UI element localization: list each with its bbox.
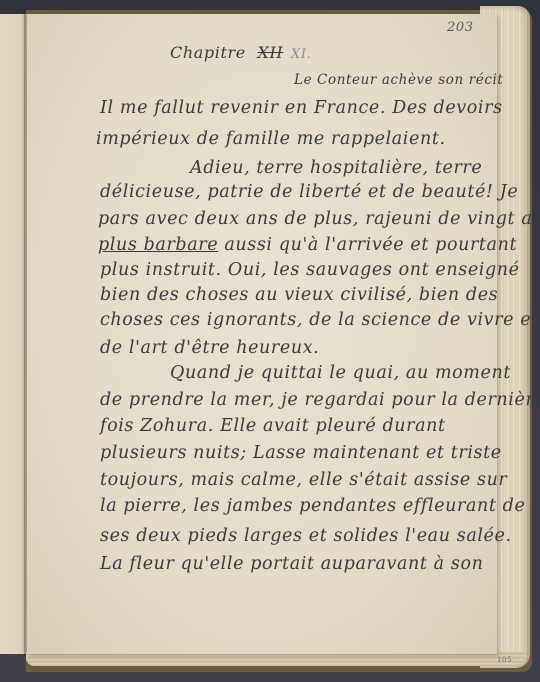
underlined-phrase: plus barbare [98,235,218,255]
manuscript-line: impérieux de famille me rappelaient. [96,129,446,149]
manuscript-line: de prendre la mer, je regardai pour la d… [100,390,540,410]
page-number: 203 [447,20,474,35]
manuscript-line: de l'art d'être heureux. [100,338,319,358]
manuscript-line: choses ces ignorants, de la science de v… [100,310,539,330]
chapter-heading: Chapitre XII XI. [170,43,311,62]
chapter-numeral-correction: XI. [291,47,311,62]
manuscript-line: Adieu, terre hospitalière, terre [190,158,482,178]
manuscript-line: pars avec deux ans de plus, rajeuni de v… [98,209,540,229]
manuscript-line: Quand je quittai le quai, au moment [170,363,511,383]
manuscript-scene: 203 Chapitre XII XI. Le Conteur achève s… [0,0,540,682]
chapter-label: Chapitre [170,43,246,62]
manuscript-line: fois Zohura. Elle avait pleuré durant [100,416,446,436]
manuscript-line: La fleur qu'elle portait auparavant à so… [100,554,483,574]
manuscript-line: délicieuse, patrie de liberté et de beau… [100,182,518,202]
folio-stamp: 105 [497,656,512,664]
page-stack-bottom [26,652,526,666]
left-page-edge [0,14,26,654]
manuscript-line: la pierre, les jambes pendantes effleura… [100,496,525,516]
manuscript-line: bien des choses au vieux civilisé, bien … [100,285,498,305]
manuscript-line: ses deux pieds larges et solides l'eau s… [100,526,512,546]
manuscript-line: Il me fallut revenir en France. Des devo… [100,98,503,118]
manuscript-line: plusieurs nuits; Lasse maintenant et tri… [100,443,502,463]
chapter-numeral-struck: XII [257,43,283,62]
manuscript-line: toujours, mais calme, elle s'était assis… [100,470,507,490]
chapter-subtitle: Le Conteur achève son récit [294,72,503,88]
line-remainder: aussi qu'à l'arrivée et pourtant [218,235,517,255]
manuscript-line: plus instruit. Oui, les sauvages ont ens… [100,260,520,280]
manuscript-line: plus barbare aussi qu'à l'arrivée et pou… [98,235,517,255]
manuscript-page: 203 Chapitre XII XI. Le Conteur achève s… [27,14,497,654]
